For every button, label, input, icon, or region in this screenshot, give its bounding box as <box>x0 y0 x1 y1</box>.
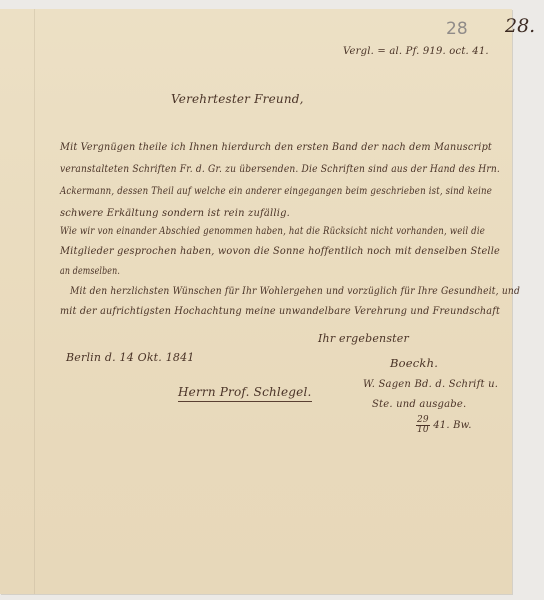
body-line: Mitglieder gesprochen haben, wovon die S… <box>60 245 500 257</box>
receipt-note-line: W. Sagen Bd. d. Schrift u. <box>363 379 498 390</box>
receipt-note-line: Ste. und ausgabe. <box>372 399 466 410</box>
salutation: Verehrtester Freund, <box>171 92 304 106</box>
place-and-date: Berlin d. 14 Okt. 1841 <box>66 351 195 364</box>
body-line: Wie wir von einander Abschied genommen h… <box>60 225 485 237</box>
body-line: Mit den herzlichsten Wünschen für Ihr Wo… <box>70 285 520 297</box>
body-line: schwere Erkältung sondern ist rein zufäl… <box>60 207 290 219</box>
body-line: veranstalteten Schriften Fr. d. Gr. zu ü… <box>60 163 500 175</box>
receipt-note-date: 29 10 41. Bw. <box>416 416 472 435</box>
fraction-month: 10 <box>416 426 430 435</box>
body-line: mit der aufrichtigsten Hochachtung meine… <box>60 305 500 317</box>
letter-sheet: 28 28. Vergl. = al. Pf. 919. oct. 41. Ve… <box>0 9 512 594</box>
recipient-address: Herrn Prof. Schlegel. <box>178 385 312 402</box>
folio-number-pencil: 28 <box>446 19 468 39</box>
signature: Boeckh. <box>390 356 438 370</box>
receipt-year-initials: 41. Bw. <box>433 420 471 431</box>
scanned-page: 28 28. Vergl. = al. Pf. 919. oct. 41. Ve… <box>0 0 544 600</box>
complimentary-closing: Ihr ergebenster <box>318 332 409 345</box>
folio-number-ink: 28. <box>505 15 535 37</box>
body-line: Ackermann, dessen Theil auf welche ein a… <box>60 185 492 197</box>
body-line: an demselben. <box>60 265 120 277</box>
receipt-date-fraction: 29 10 <box>416 416 430 435</box>
archive-reference-note: Vergl. = al. Pf. 919. oct. 41. <box>343 46 489 57</box>
body-line: Mit Vergnügen theile ich Ihnen hierdurch… <box>60 141 492 153</box>
